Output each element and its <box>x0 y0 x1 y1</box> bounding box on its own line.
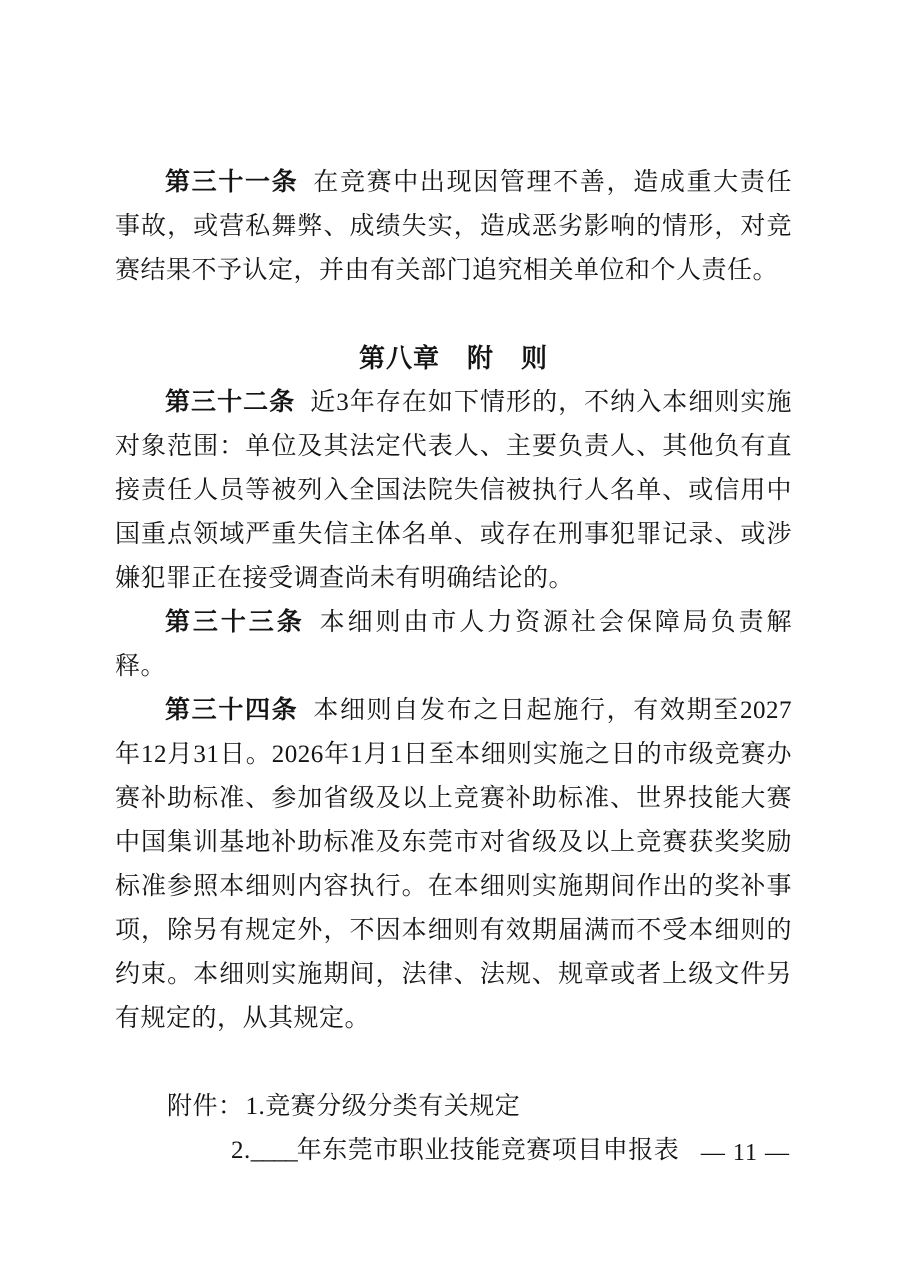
article-31-number: 第三十一条 <box>165 169 298 196</box>
attachments-label: 附件： <box>167 1093 244 1120</box>
attachment-2-blank-line: ____ <box>251 1129 297 1173</box>
page-number: — 11 — <box>701 1131 790 1175</box>
document-page: 第三十一条在竞赛中出现因管理不善，造成重大责任事故，或营私舞弊、成绩失实，造成恶… <box>0 0 900 1272</box>
article-33-paragraph: 第三十三条本细则由市人力资源社会保障局负责解释。 <box>115 601 792 689</box>
article-34-paragraph: 第三十四条本细则自发布之日起施行，有效期至2027年12月31日。2026年1月… <box>115 689 792 1041</box>
attachment-1-number: 1. <box>246 1093 266 1120</box>
article-32-text: 近3年存在如下情形的，不纳入本细则实施对象范围：单位及其法定代表人、主要负责人、… <box>115 389 792 592</box>
attachments-block: 附件：1.竞赛分级分类有关规定 2.____年东莞市职业技能竞赛项目申报表 <box>115 1085 792 1173</box>
attachment-item-2: 2.____年东莞市职业技能竞赛项目申报表 <box>115 1129 792 1173</box>
article-32-number: 第三十二条 <box>165 389 295 416</box>
attachment-item-1: 附件：1.竞赛分级分类有关规定 <box>115 1085 792 1129</box>
chapter-heading: 第八章 附 则 <box>115 337 792 381</box>
article-34-number: 第三十四条 <box>165 697 298 724</box>
document-body: 第三十一条在竞赛中出现因管理不善，造成重大责任事故，或营私舞弊、成绩失实，造成恶… <box>115 161 792 1173</box>
article-34-text: 本细则自发布之日起施行，有效期至2027年12月31日。2026年1月1日至本细… <box>115 697 792 1032</box>
attachment-2-number: 2. <box>231 1137 251 1164</box>
article-32-paragraph: 第三十二条近3年存在如下情形的，不纳入本细则实施对象范围：单位及其法定代表人、主… <box>115 381 792 601</box>
attachment-1-text: 竞赛分级分类有关规定 <box>265 1093 520 1120</box>
attachment-2-text: 年东莞市职业技能竞赛项目申报表 <box>297 1137 680 1164</box>
article-33-number: 第三十三条 <box>165 609 305 636</box>
article-31-paragraph: 第三十一条在竞赛中出现因管理不善，造成重大责任事故，或营私舞弊、成绩失实，造成恶… <box>115 161 792 293</box>
